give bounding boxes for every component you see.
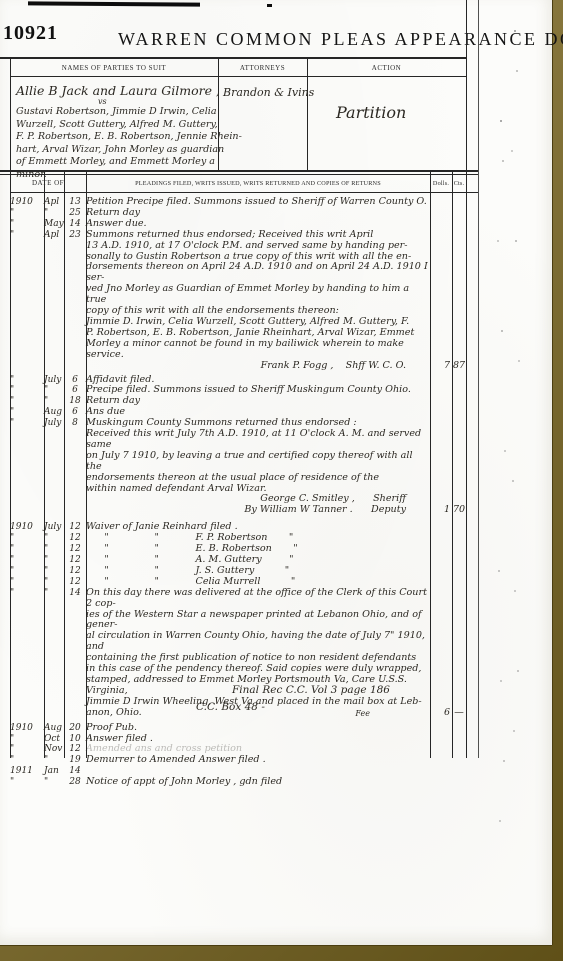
entry-text-line: on July 7 1910, by leaving a true and ce… bbox=[86, 451, 428, 473]
dollars-column-header: Dolls. bbox=[430, 180, 452, 187]
entry-cents: 87 bbox=[452, 361, 466, 372]
entry-day: 14 bbox=[64, 766, 86, 777]
entry-text-line: dorsements thereon on April 24 A.D. 1910… bbox=[86, 262, 428, 284]
entry-month: " bbox=[44, 544, 64, 555]
parties-line: hart, Arval Wizar, John Morley as guardi… bbox=[16, 144, 222, 157]
grid-line bbox=[0, 174, 478, 175]
entry-month: Aug bbox=[44, 723, 64, 734]
case-number: 10921 bbox=[3, 22, 58, 45]
entry-year: " bbox=[10, 588, 44, 599]
grid-line bbox=[307, 57, 308, 170]
entry-text-line: endorsements thereon at the usual place … bbox=[86, 473, 428, 484]
parties-line: of Emmett Morley, and Emmett Morley a bbox=[16, 156, 222, 169]
grid-line bbox=[0, 57, 466, 59]
entry-year: " bbox=[10, 407, 44, 418]
entry-day: 18 bbox=[64, 396, 86, 407]
entry-day: 23 bbox=[64, 230, 86, 241]
entry-signature-line: Frank P. Fogg , Shff W. C. O. bbox=[86, 361, 428, 372]
entry-text-line: Return day bbox=[86, 396, 428, 407]
entry-text-line: Notice of appt of John Morley , gdn file… bbox=[86, 777, 428, 788]
entry-day: 20 bbox=[64, 723, 86, 734]
parties-line: Allie B Jack and Laura Gilmore , bbox=[16, 83, 222, 98]
entry-year: " bbox=[10, 396, 44, 407]
entry-year: " bbox=[10, 208, 44, 219]
entry-month: " bbox=[44, 555, 64, 566]
entry-day: 25 bbox=[64, 208, 86, 219]
docket-entry-row: " " 19 Demurrer to Amended Answer filed … bbox=[10, 755, 466, 766]
docket-entry-row: " " 14 On this day there was delivered a… bbox=[10, 588, 466, 719]
entry-year: " bbox=[10, 755, 44, 766]
docket-entry-row: " Apl 23 Summons returned thus endorsed;… bbox=[10, 230, 466, 372]
entry-year: " bbox=[10, 230, 44, 241]
entry-month: " bbox=[44, 208, 64, 219]
scanned-docket-image: { "page": { "case_number": "10921", "tit… bbox=[0, 0, 563, 961]
entry-day: 6 bbox=[64, 407, 86, 418]
entry-year: 1911 bbox=[10, 766, 44, 777]
entry-year: " bbox=[10, 777, 44, 788]
entry-month: July bbox=[44, 522, 64, 533]
docket-entry-row: " " 18 Return day bbox=[10, 396, 466, 407]
page-title: WARREN COMMON PLEAS APPEARANCE DOCKET bbox=[118, 29, 478, 50]
docket-entry-row: 1910 Aug 20 Proof Pub. bbox=[10, 723, 466, 734]
grid-line bbox=[466, 0, 467, 758]
entry-text: Proof Pub. bbox=[86, 723, 428, 734]
entry-text-line: Received this writ July 7th A.D. 1910, a… bbox=[86, 429, 428, 451]
entry-day: 8 bbox=[64, 418, 86, 429]
entry-month: Nov bbox=[44, 744, 64, 755]
docket-entry-row: " " 28 Notice of appt of John Morley , g… bbox=[10, 777, 466, 788]
entry-cents: 70 bbox=[452, 505, 466, 516]
entry-month: July bbox=[44, 418, 64, 429]
action-column-header: ACTION bbox=[307, 64, 466, 72]
entry-day: 13 bbox=[64, 197, 86, 208]
entry-year: 1910 bbox=[10, 197, 44, 208]
cents-column-header: Cts. bbox=[452, 180, 466, 187]
scan-dot bbox=[267, 4, 272, 7]
date-column-header: DATE OF bbox=[10, 179, 86, 187]
entry-day: 12 bbox=[64, 577, 86, 588]
entry-day: 12 bbox=[64, 744, 86, 755]
entry-year: " bbox=[10, 418, 44, 429]
parties-names: Allie B Jack and Laura Gilmore ,vsGustav… bbox=[16, 83, 222, 182]
entry-text: Muskingum County Summons returned thus e… bbox=[86, 418, 428, 516]
entry-text-line: Demurrer to Amended Answer filed . bbox=[86, 755, 428, 766]
entry-month: May bbox=[44, 219, 64, 230]
docket-entry-row: " " 6 Precipe filed. Summons issued to S… bbox=[10, 385, 466, 396]
entry-day: 10 bbox=[64, 734, 86, 745]
entry-month: " bbox=[44, 385, 64, 396]
grid-line bbox=[478, 0, 479, 758]
entry-day: 14 bbox=[64, 588, 86, 599]
entry-year: " bbox=[10, 533, 44, 544]
entry-text-line: ved Jno Morley as Guardian of Emmet Morl… bbox=[86, 284, 428, 306]
grid-line bbox=[0, 170, 478, 172]
entry-day: 12 bbox=[64, 522, 86, 533]
entry-month: " bbox=[44, 577, 64, 588]
parties-line: vs bbox=[98, 98, 222, 106]
scan-smudge-top bbox=[28, 1, 200, 6]
entry-year: " bbox=[10, 385, 44, 396]
entry-year: " bbox=[10, 744, 44, 755]
entry-month: July bbox=[44, 375, 64, 386]
docket-entries: 1910 Apl 13 Petition Precipe filed. Summ… bbox=[10, 197, 466, 788]
parties-line: Gustavi Robertson, Jimmie D Irwin, Celia bbox=[16, 106, 222, 119]
entry-year: " bbox=[10, 375, 44, 386]
entry-day: 28 bbox=[64, 777, 86, 788]
entry-text: Notice of appt of John Morley , gdn file… bbox=[86, 777, 428, 788]
docket-entry-row: " " 25 Return day bbox=[10, 208, 466, 219]
entry-text-line: 13 A.D. 1910, at 17 O'clock P.M. and ser… bbox=[86, 241, 428, 252]
entry-day: 12 bbox=[64, 555, 86, 566]
entry-month: Oct bbox=[44, 734, 64, 745]
attorneys-column-header: ATTORNEYS bbox=[218, 64, 307, 72]
parties-column-header: NAMES OF PARTIES TO SUIT bbox=[10, 64, 218, 72]
entry-year: 1910 bbox=[10, 723, 44, 734]
entry-month: " bbox=[44, 588, 64, 599]
action-type: Partition bbox=[336, 103, 406, 122]
entry-year: " bbox=[10, 577, 44, 588]
docket-entry-row: " July 8 Muskingum County Summons return… bbox=[10, 418, 466, 516]
entry-day: 12 bbox=[64, 544, 86, 555]
entry-month: " bbox=[44, 777, 64, 788]
entry-day: 19 bbox=[64, 755, 86, 766]
entry-month: Jan bbox=[44, 766, 64, 777]
attorneys-name: Brandon & Ivins bbox=[223, 86, 314, 99]
entry-day: 12 bbox=[64, 566, 86, 577]
parties-line: F. P. Robertson, E. B. Robertson, Jennie… bbox=[16, 131, 222, 144]
entry-dollars: 6 bbox=[428, 708, 452, 719]
entry-month: " bbox=[44, 396, 64, 407]
record-reference-note: Final Rec C.C. Vol 3 page 186 bbox=[232, 684, 390, 696]
entry-month: " bbox=[44, 755, 64, 766]
grid-line bbox=[10, 192, 478, 193]
entry-text-line: Summons returned thus endorsed; Received… bbox=[86, 230, 428, 241]
entry-month: Apl bbox=[44, 197, 64, 208]
entry-year: " bbox=[10, 566, 44, 577]
entry-month: Aug bbox=[44, 407, 64, 418]
entry-year: 1910 bbox=[10, 522, 44, 533]
entry-day: 14 bbox=[64, 219, 86, 230]
entry-text-line: On this day there was delivered at the o… bbox=[86, 588, 428, 610]
entry-text-line: al circulation in Warren County Ohio, ha… bbox=[86, 631, 428, 653]
entry-text-line: Proof Pub. bbox=[86, 723, 428, 734]
box-reference-note: C.C. Box 48 - bbox=[196, 701, 265, 713]
entry-text: Return day bbox=[86, 396, 428, 407]
entry-day: 12 bbox=[64, 533, 86, 544]
docket-entry-row: 1910 Apl 13 Petition Precipe filed. Summ… bbox=[10, 197, 466, 208]
entry-dollars: 1 bbox=[428, 505, 452, 516]
entry-text-line: service. bbox=[86, 350, 428, 361]
pleadings-column-header: PLEADINGS FILED, WRITS ISSUED, WRITS RET… bbox=[86, 180, 430, 187]
entry-year: " bbox=[10, 544, 44, 555]
entry-dollars: 7 bbox=[428, 361, 452, 372]
scan-speckles-2 bbox=[500, 120, 502, 122]
entry-cents: — bbox=[452, 708, 466, 719]
entry-year: " bbox=[10, 734, 44, 745]
entry-month: " bbox=[44, 566, 64, 577]
parties-line: Wurzell, Scott Guttery, Alfred M. Gutter… bbox=[16, 119, 222, 132]
entry-year: " bbox=[10, 555, 44, 566]
entry-day: 6 bbox=[64, 385, 86, 396]
entry-text-line: ies of the Western Star a newspaper prin… bbox=[86, 610, 428, 632]
entry-year: " bbox=[10, 219, 44, 230]
grid-line bbox=[10, 76, 466, 77]
entry-text-line: Morley a minor cannot be found in my bai… bbox=[86, 339, 428, 350]
entry-text: Demurrer to Amended Answer filed . bbox=[86, 755, 428, 766]
entry-month: " bbox=[44, 533, 64, 544]
entry-text: On this day there was delivered at the o… bbox=[86, 588, 428, 719]
fee-annotation: Fee bbox=[355, 709, 370, 718]
entry-text: Summons returned thus endorsed; Received… bbox=[86, 230, 428, 372]
entry-month: Apl bbox=[44, 230, 64, 241]
entry-day: 6 bbox=[64, 375, 86, 386]
entry-signature-line: By William W Tanner . Deputy bbox=[86, 505, 428, 516]
docket-page: 10921 WARREN COMMON PLEAS APPEARANCE DOC… bbox=[0, 0, 552, 945]
